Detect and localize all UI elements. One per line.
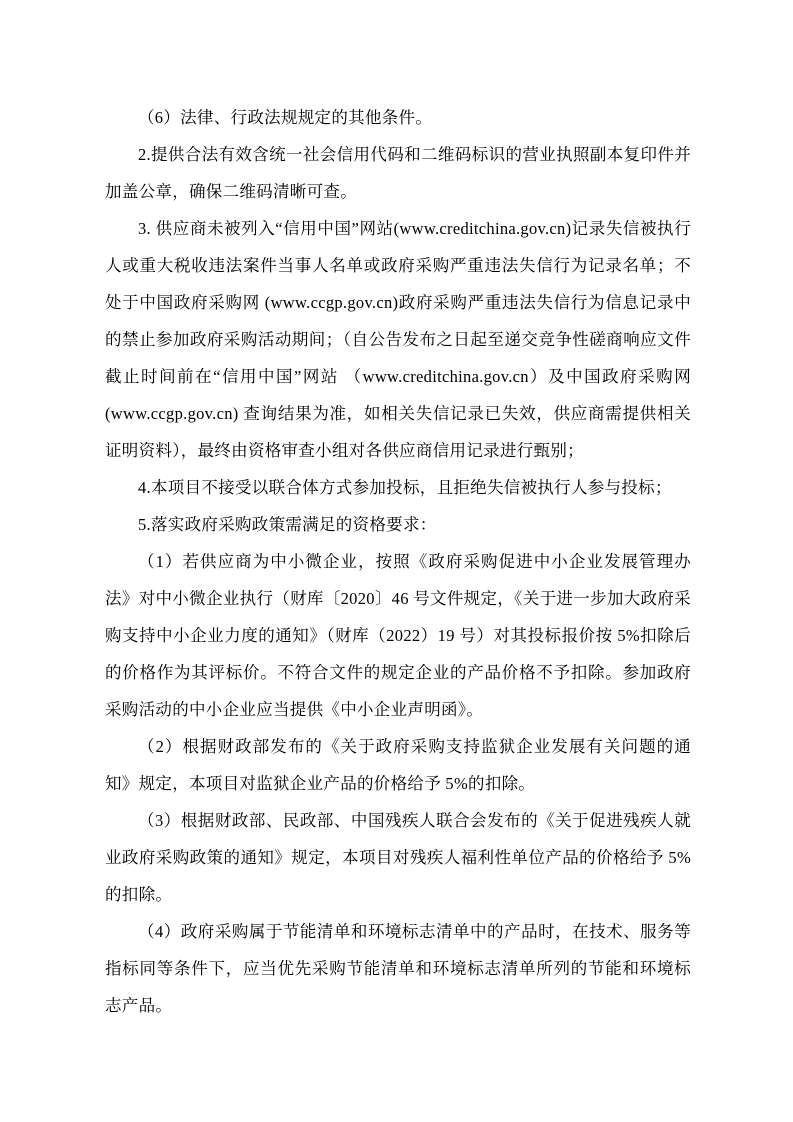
paragraph-other-conditions: （6）法律、行政法规规定的其他条件。 bbox=[105, 99, 691, 136]
paragraph-policy-requirements: 5.落实政府采购政策需满足的资格要求： bbox=[105, 506, 691, 543]
paragraph-credit-china: 3. 供应商未被列入“信用中国”网站(www.creditchina.gov.c… bbox=[105, 210, 691, 469]
paragraph-disabled-welfare: （3）根据财政部、民政部、中国残疾人联合会发布的《关于促进残疾人就业政府采购政策… bbox=[105, 802, 691, 913]
paragraph-energy-saving: （4）政府采购属于节能清单和环境标志清单中的产品时，在技术、服务等指标同等条件下… bbox=[105, 913, 691, 1024]
paragraph-no-consortium: 4.本项目不接受以联合体方式参加投标，且拒绝失信被执行人参与投标； bbox=[105, 469, 691, 506]
paragraph-sme-deduction: （1）若供应商为中小微企业，按照《政府采购促进中小企业发展管理办法》对中小微企业… bbox=[105, 543, 691, 728]
document-page: （6）法律、行政法规规定的其他条件。 2.提供合法有效含统一社会信用代码和二维码… bbox=[0, 0, 793, 1122]
paragraph-prison-enterprise: （2）根据财政部发布的《关于政府采购支持监狱企业发展有关问题的通知》规定，本项目… bbox=[105, 728, 691, 802]
paragraph-business-license: 2.提供合法有效含统一社会信用代码和二维码标识的营业执照副本复印件并加盖公章，确… bbox=[105, 136, 691, 210]
document-body: （6）法律、行政法规规定的其他条件。 2.提供合法有效含统一社会信用代码和二维码… bbox=[105, 99, 691, 1024]
